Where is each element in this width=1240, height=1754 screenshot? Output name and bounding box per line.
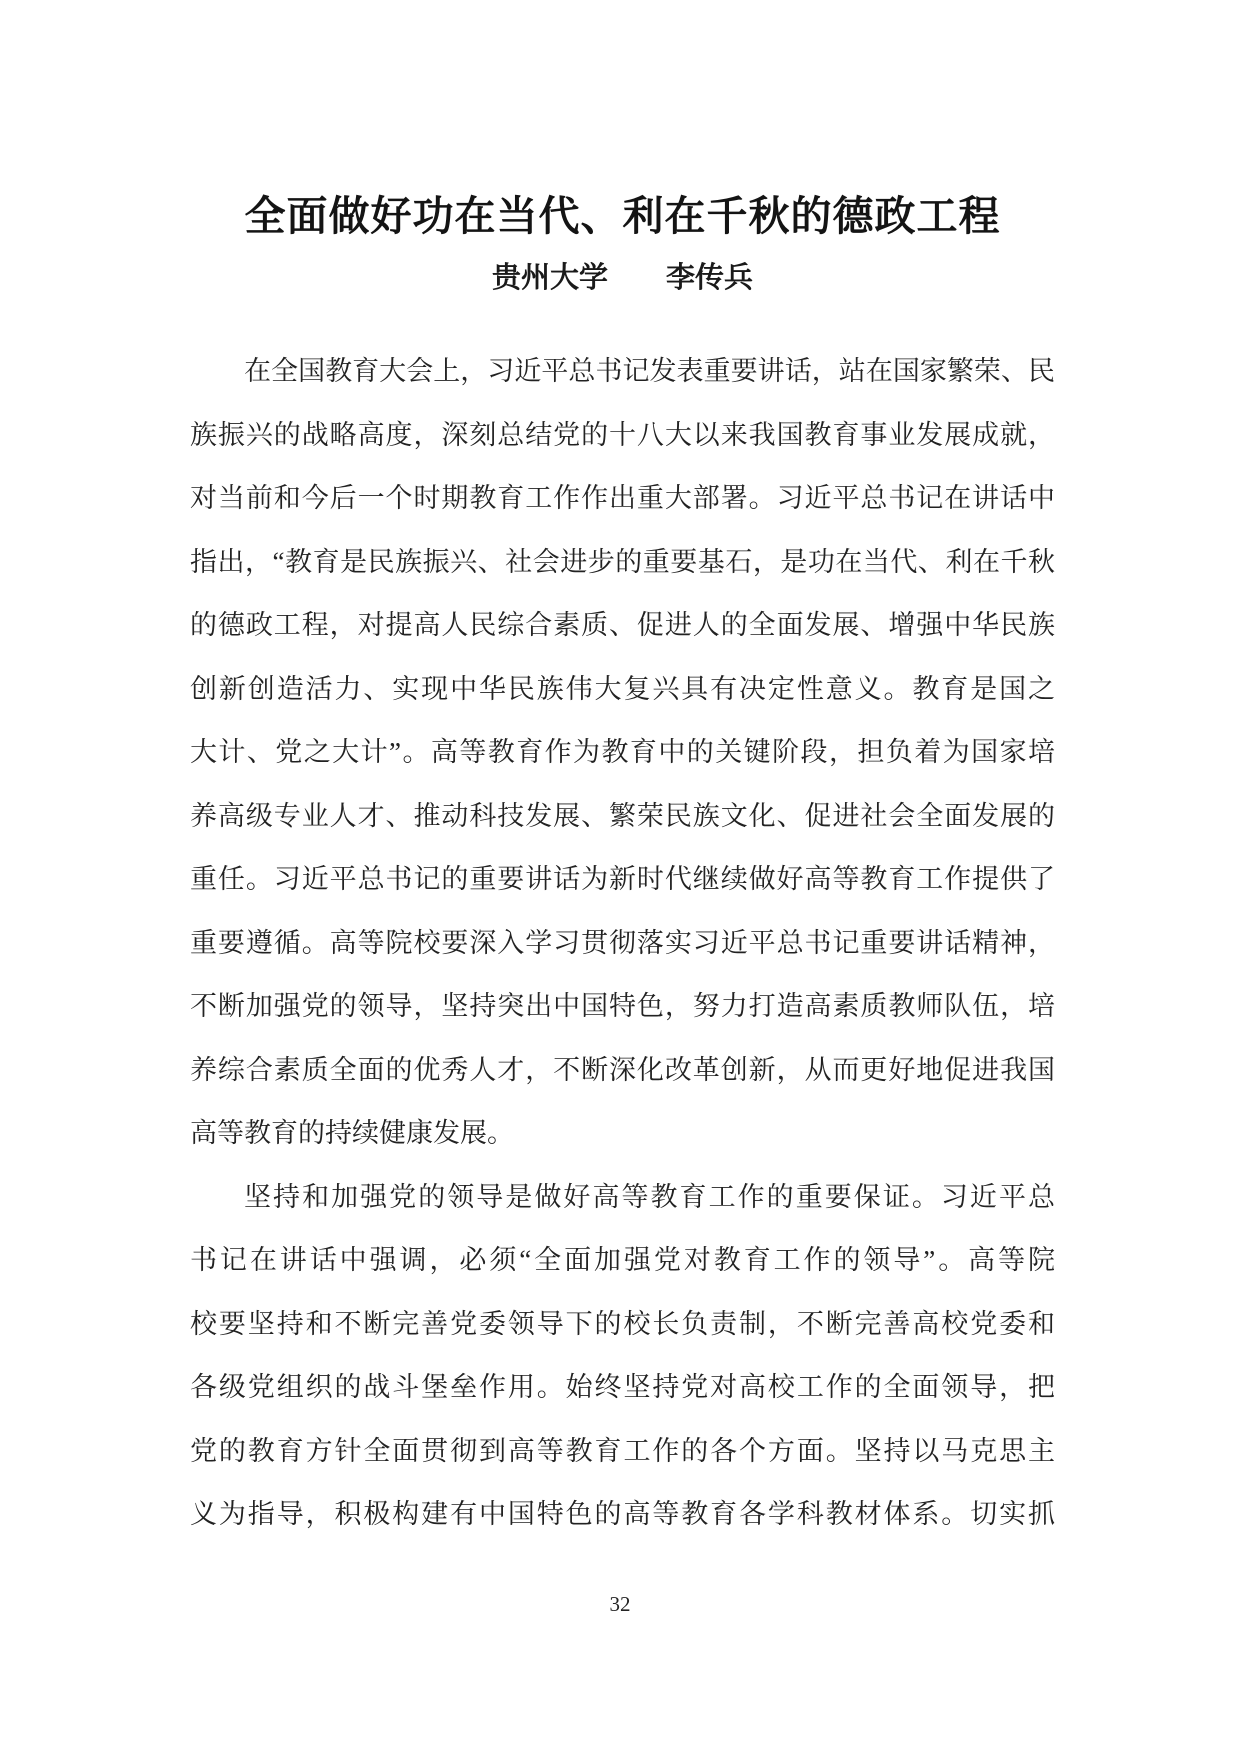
paragraph: 在全国教育大会上，习近平总书记发表重要讲话，站在国家繁荣、民族振兴的战略高度，深…: [190, 340, 1055, 1166]
text-line: 族振兴的战略高度，深刻总结党的十八大以来我国教育事业发展成就，: [190, 404, 1055, 468]
text-line: 高等教育的持续健康发展。: [190, 1102, 1055, 1166]
text-line: 的德政工程，对提高人民综合素质、促进人的全面发展、增强中华民族: [190, 594, 1055, 658]
text-line: 养综合素质全面的优秀人才，不断深化改革创新，从而更好地促进我国: [190, 1039, 1055, 1103]
text-line: 创新创造活力、实现中华民族伟大复兴具有决定性意义。教育是国之: [190, 658, 1055, 722]
text-line: 坚持和加强党的领导是做好高等教育工作的重要保证。习近平总: [190, 1166, 1055, 1230]
text-line: 对当前和今后一个时期教育工作作出重大部署。习近平总书记在讲话中: [190, 467, 1055, 531]
text-line: 在全国教育大会上，习近平总书记发表重要讲话，站在国家繁荣、民: [190, 340, 1055, 404]
text-line: 义为指导，积极构建有中国特色的高等教育各学科教材体系。切实抓: [190, 1483, 1055, 1547]
text-line: 大计、党之大计”。高等教育作为教育中的关键阶段，担负着为国家培: [190, 721, 1055, 785]
document-page: 全面做好功在当代、利在千秋的德政工程 贵州大学 李传兵 在全国教育大会上，习近平…: [0, 0, 1240, 1754]
paragraph: 坚持和加强党的领导是做好高等教育工作的重要保证。习近平总书记在讲话中强调，必须“…: [190, 1166, 1055, 1547]
document-body: 在全国教育大会上，习近平总书记发表重要讲话，站在国家繁荣、民族振兴的战略高度，深…: [190, 340, 1055, 1547]
text-line: 重要遵循。高等院校要深入学习贯彻落实习近平总书记重要讲话精神，: [190, 912, 1055, 976]
text-line: 各级党组织的战斗堡垒作用。始终坚持党对高校工作的全面领导，把: [190, 1356, 1055, 1420]
document-title: 全面做好功在当代、利在千秋的德政工程: [190, 192, 1055, 240]
text-line: 不断加强党的领导，坚持突出中国特色，努力打造高素质教师队伍，培: [190, 975, 1055, 1039]
text-line: 党的教育方针全面贯彻到高等教育工作的各个方面。坚持以马克思主: [190, 1420, 1055, 1484]
text-line: 指出，“教育是民族振兴、社会进步的重要基石，是功在当代、利在千秋: [190, 531, 1055, 595]
page-number: 32: [0, 1592, 1240, 1617]
author-line: 贵州大学 李传兵: [190, 260, 1055, 296]
text-line: 重任。习近平总书记的重要讲话为新时代继续做好高等教育工作提供了: [190, 848, 1055, 912]
text-line: 书记在讲话中强调，必须“全面加强党对教育工作的领导”。高等院: [190, 1229, 1055, 1293]
text-line: 校要坚持和不断完善党委领导下的校长负责制，不断完善高校党委和: [190, 1293, 1055, 1357]
text-line: 养高级专业人才、推动科技发展、繁荣民族文化、促进社会全面发展的: [190, 785, 1055, 849]
